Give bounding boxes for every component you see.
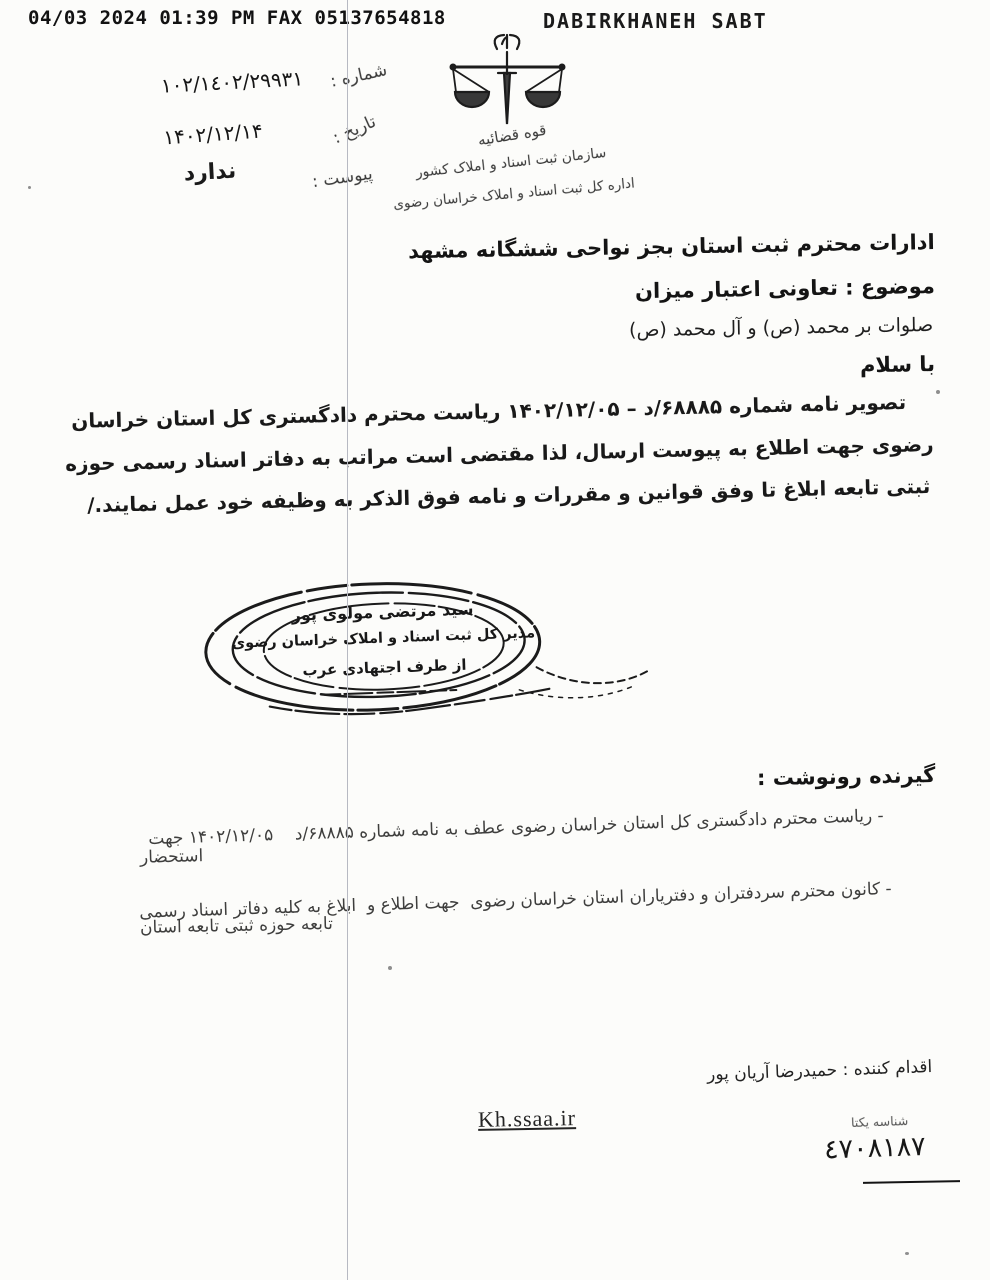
stamp-ellipses-icon: [195, 565, 660, 741]
date-label: تاریخ :: [330, 112, 379, 149]
attachment-value: ندارد: [167, 158, 252, 187]
cc-heading: گیرنده رونوشت :: [756, 763, 935, 790]
website-link: Kh.ssaa.ir: [478, 1105, 576, 1133]
scan-artifact: [905, 1252, 909, 1255]
body-paragraph-line-3: ثبتی تابعه ابلاغ تا وفق قوانین و مقررات …: [87, 474, 931, 517]
fax-office-label: DABIRKHANEH SABT: [543, 9, 768, 33]
website-text: Kh.ssaa.ir: [478, 1105, 576, 1132]
fax-document-page: 04/03 2024 01:39 PM FAX 05137654818 DABI…: [0, 0, 990, 1280]
attachment-label: پیوست :: [311, 164, 374, 192]
unique-id-label: شناسه یکتا: [851, 1113, 909, 1130]
salutation: با سلام: [860, 352, 935, 377]
unique-id-value: ٤٧٠٨١٨٧: [824, 1131, 927, 1166]
addressee-line: ادارات محترم ثبت استان بجز نواحی ششگانه …: [408, 230, 935, 263]
date-value: ۱۴۰۲/۱۲/۱۴: [137, 117, 288, 151]
fax-fold-line: [347, 0, 348, 1280]
scan-artifact: [936, 390, 940, 394]
cc-item-1-line-2: استحضار: [140, 846, 204, 868]
subject-line: موضوع : تعاونی اعتبار میزان: [635, 274, 935, 303]
body-paragraph-line-2: رضوی جهت اطلاع به پیوست ارسال، لذا مقتضی…: [65, 432, 934, 476]
number-label: شماره :: [329, 60, 389, 92]
cc-item-2-line-2: تابعه حوزه ثبتی تابعه استان: [140, 914, 333, 938]
number-value: ۱۰۲/۱٤۰۲/۲۹۹۳۱: [133, 65, 332, 99]
letterhead-org-registration: سازمان ثبت اسناد و املاک کشور: [396, 143, 626, 183]
operator-line: اقدام کننده : حمیدرضا آریان پور: [707, 1057, 933, 1085]
fax-transmission-header: 04/03 2024 01:39 PM FAX 05137654818: [28, 7, 446, 29]
body-paragraph-line-1: تصویر نامه شماره ۶۸۸۸۵/د – ۱۴۰۲/۱۲/۰۵ ری…: [71, 390, 906, 433]
scan-artifact: [388, 966, 392, 970]
salawat-line: صلوات بر محمد (ص) و آل محمد (ص): [629, 314, 933, 341]
signature-line: [863, 1180, 960, 1184]
scan-artifact: [28, 186, 31, 189]
cc-item-1-line-1: - ریاست محترم دادگستری کل استان خراسان ر…: [148, 806, 884, 849]
official-stamp: سید مرتضی مولوی پور مدیر کل ثبت اسناد و …: [195, 565, 660, 741]
